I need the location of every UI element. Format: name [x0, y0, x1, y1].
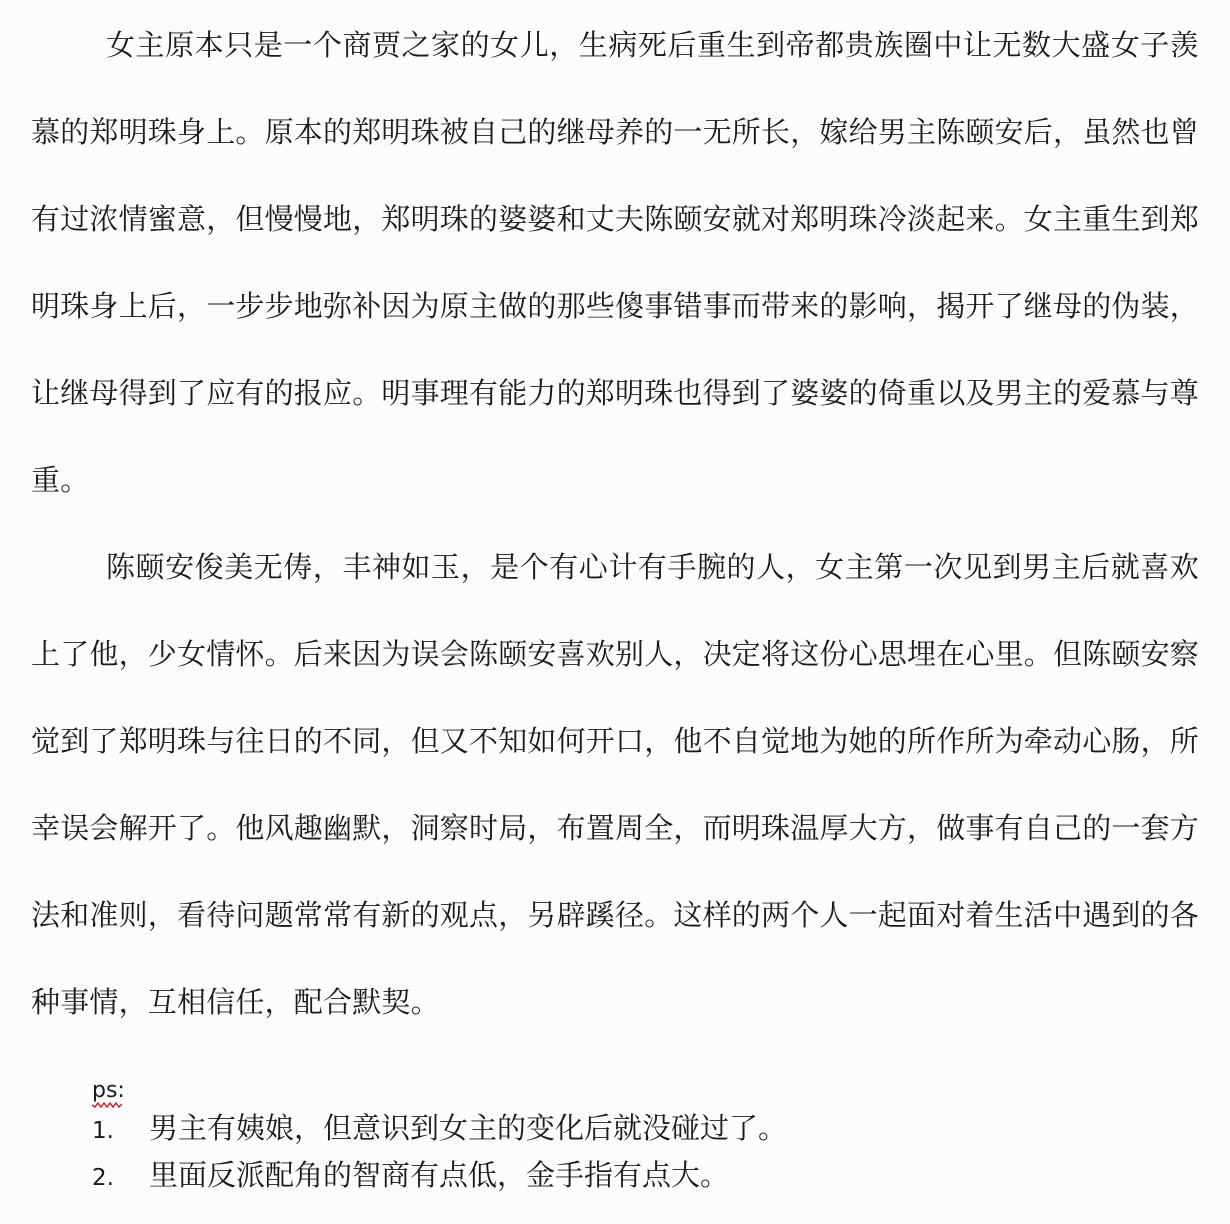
list-number: 1. [92, 1109, 149, 1153]
postscript-item: 1. 男主有姨娘，但意识到女主的变化后就没碰过了。 [92, 1106, 992, 1153]
document-page: 女主原本只是一个商贾之家的女儿，生病死后重生到帝都贵族圈中让无数大盛女子羡慕的郑… [31, 0, 1199, 1046]
postscript-block: ps: 1. 男主有姨娘，但意识到女主的变化后就没碰过了。 2. 里面反派配角的… [92, 1078, 992, 1200]
postscript-list: 1. 男主有姨娘，但意识到女主的变化后就没碰过了。 2. 里面反派配角的智商有点… [92, 1106, 992, 1200]
synopsis-paragraph-1: 女主原本只是一个商贾之家的女儿，生病死后重生到帝都贵族圈中让无数大盛女子羡慕的郑… [31, 2, 1199, 524]
list-item-text: 男主有姨娘，但意识到女主的变化后就没碰过了。 [149, 1106, 787, 1150]
postscript-item: 2. 里面反派配角的智商有点低，金手指有点大。 [92, 1153, 992, 1200]
postscript-label-text: ps: [92, 1078, 125, 1103]
list-item-text: 里面反派配角的智商有点低，金手指有点大。 [149, 1153, 729, 1197]
list-number: 2. [92, 1156, 149, 1200]
postscript-label: ps: [92, 1078, 125, 1106]
synopsis-paragraph-2: 陈颐安俊美无俦，丰神如玉，是个有心计有手腕的人，女主第一次见到男主后就喜欢上了他… [31, 524, 1199, 1046]
spellcheck-squiggle-icon [92, 1102, 122, 1108]
